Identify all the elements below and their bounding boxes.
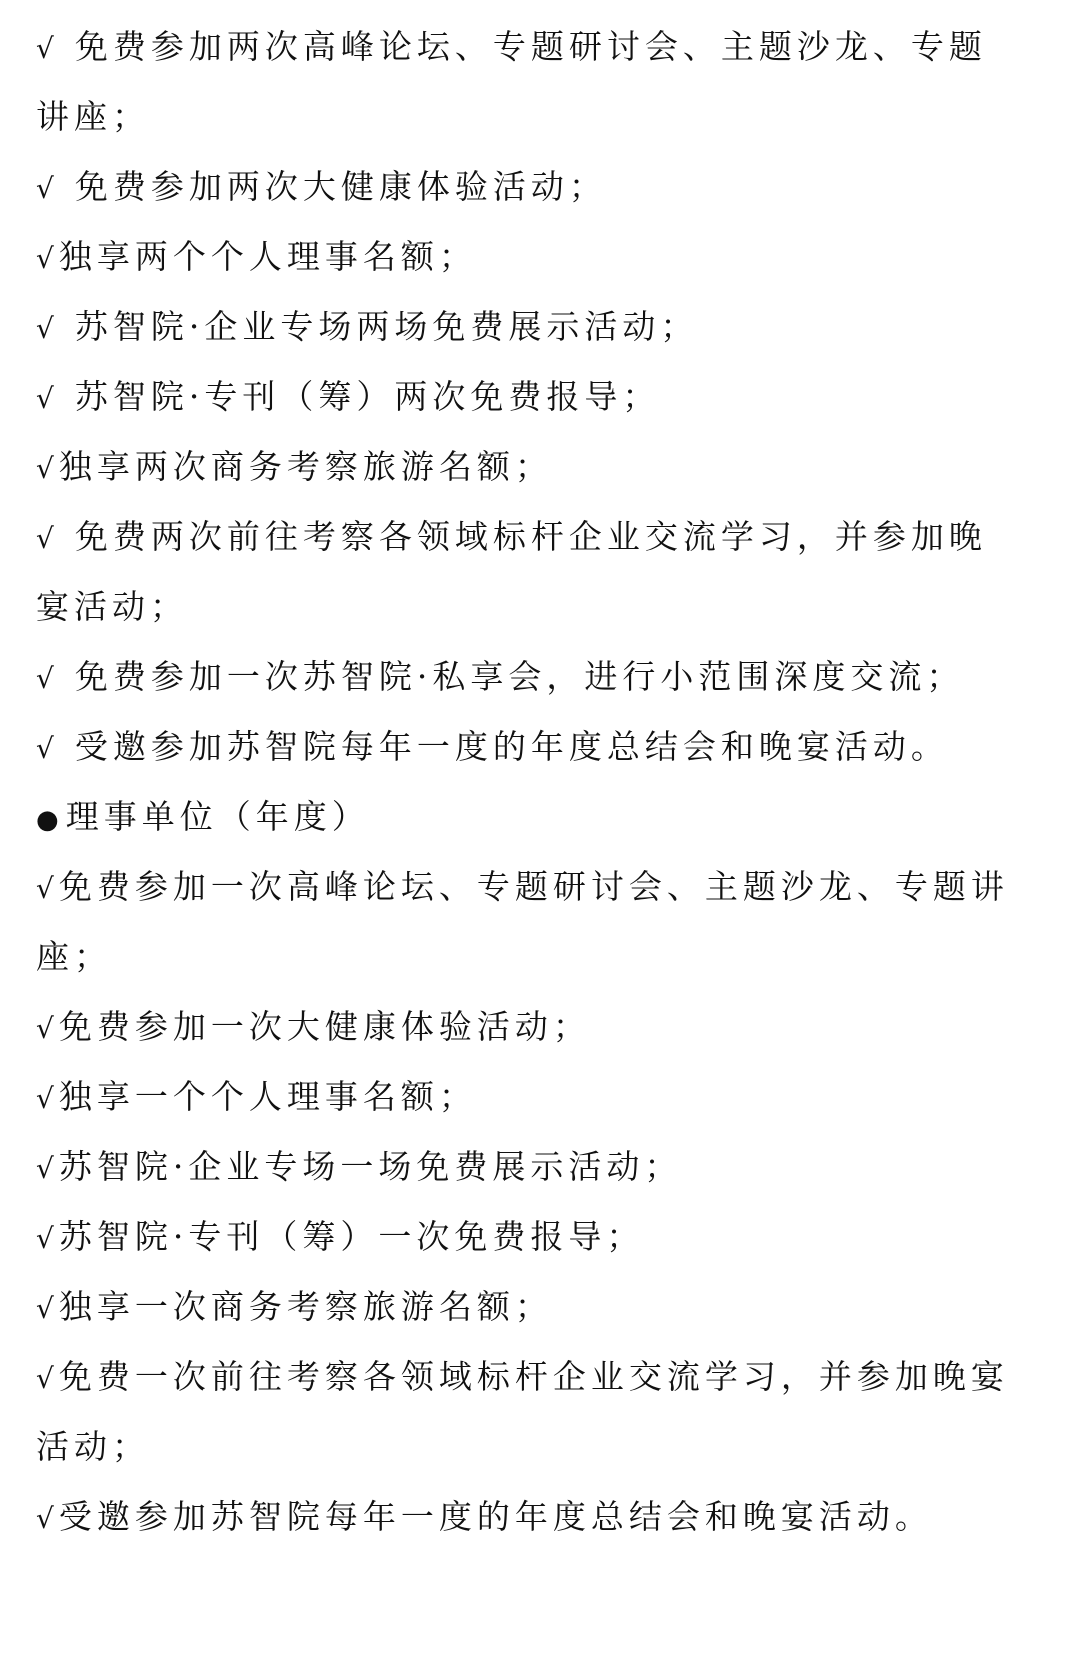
- check-mark-icon: √: [36, 379, 59, 419]
- check-mark-icon: √: [36, 1149, 59, 1189]
- check-mark-icon: √: [36, 29, 59, 69]
- list-item: √苏智院·专刊（筹）一次免费报导；: [36, 1217, 644, 1259]
- check-mark-icon: √: [36, 1009, 59, 1049]
- list-item: √苏智院·企业专场一场免费展示活动；: [36, 1147, 682, 1189]
- list-item-text: 苏智院·专刊（筹）两次免费报导；: [75, 377, 661, 416]
- list-item: √独享一次商务考察旅游名额；: [36, 1287, 553, 1329]
- list-item-text: 免费参加两次大健康体验活动；: [75, 167, 607, 206]
- check-mark-icon: √: [36, 519, 59, 559]
- list-item-text: 免费参加两次高峰论坛、专题研讨会、主题沙龙、专题: [75, 27, 987, 66]
- check-mark-icon: √: [36, 1219, 59, 1259]
- list-item: √免费参加一次高峰论坛、专题研讨会、主题沙龙、专题讲: [36, 867, 1009, 909]
- list-item: √受邀参加苏智院每年一度的年度总结会和晚宴活动。: [36, 727, 949, 769]
- section-heading: ●理事单位（年度）: [36, 797, 370, 840]
- check-mark-icon: √: [36, 169, 59, 209]
- check-mark-icon: √: [36, 1289, 59, 1329]
- list-item: √免费参加一次大健康体验活动；: [36, 1007, 591, 1049]
- list-item-text: 免费参加一次苏智院·私享会，进行小范围深度交流；: [75, 657, 965, 696]
- list-item: √免费一次前往考察各领域标杆企业交流学习，并参加晚宴: [36, 1357, 1009, 1399]
- list-item: √独享两个个人理事名额；: [36, 237, 477, 279]
- check-mark-icon: √: [36, 659, 59, 699]
- list-item-continuation: 讲座；: [36, 97, 150, 137]
- list-item: √独享一个个人理事名额；: [36, 1077, 477, 1119]
- document-page: √免费参加两次高峰论坛、专题研讨会、主题沙龙、专题 讲座； √免费参加两次大健康…: [0, 0, 1080, 1661]
- check-mark-icon: √: [36, 729, 59, 769]
- list-item-continuation: 座；: [36, 937, 112, 977]
- list-item: √独享两次商务考察旅游名额；: [36, 447, 553, 489]
- check-mark-icon: √: [36, 1499, 59, 1539]
- list-item: √受邀参加苏智院每年一度的年度总结会和晚宴活动。: [36, 1497, 933, 1539]
- check-mark-icon: √: [36, 869, 59, 909]
- list-item-text: 免费一次前往考察各领域标杆企业交流学习，并参加晚宴: [59, 1357, 1009, 1396]
- list-item: √免费参加两次高峰论坛、专题研讨会、主题沙龙、专题: [36, 27, 987, 69]
- list-item-text: 独享两次商务考察旅游名额；: [59, 447, 553, 486]
- list-item-continuation: 活动；: [36, 1427, 150, 1467]
- section-title: 理事单位（年度）: [66, 797, 370, 836]
- list-item: √免费参加一次苏智院·私享会，进行小范围深度交流；: [36, 657, 964, 699]
- check-mark-icon: √: [36, 309, 59, 349]
- list-item-text: 独享一个个人理事名额；: [59, 1077, 477, 1116]
- list-item-text: 苏智院·专刊（筹）一次免费报导；: [59, 1217, 645, 1256]
- list-item-text: 免费两次前往考察各领域标杆企业交流学习，并参加晚: [75, 517, 987, 556]
- list-item-text: 独享一次商务考察旅游名额；: [59, 1287, 553, 1326]
- list-item-text: 免费参加一次高峰论坛、专题研讨会、主题沙龙、专题讲: [59, 867, 1009, 906]
- check-mark-icon: √: [36, 1359, 59, 1399]
- list-item-text: 独享两个个人理事名额；: [59, 237, 477, 276]
- list-item-text: 受邀参加苏智院每年一度的年度总结会和晚宴活动。: [59, 1497, 933, 1536]
- list-item-text: 受邀参加苏智院每年一度的年度总结会和晚宴活动。: [75, 727, 949, 766]
- list-item: √免费两次前往考察各领域标杆企业交流学习，并参加晚: [36, 517, 987, 559]
- check-mark-icon: √: [36, 239, 59, 279]
- bullet-icon: ●: [36, 800, 64, 840]
- list-item-text: 苏智院·企业专场两场免费展示活动；: [75, 307, 699, 346]
- list-item: √苏智院·企业专场两场免费展示活动；: [36, 307, 698, 349]
- list-item: √免费参加两次大健康体验活动；: [36, 167, 607, 209]
- list-item-text: 免费参加一次大健康体验活动；: [59, 1007, 591, 1046]
- list-item-text: 苏智院·企业专场一场免费展示活动；: [59, 1147, 683, 1186]
- check-mark-icon: √: [36, 449, 59, 489]
- list-item-continuation: 宴活动；: [36, 587, 188, 627]
- list-item: √苏智院·专刊（筹）两次免费报导；: [36, 377, 660, 419]
- check-mark-icon: √: [36, 1079, 59, 1119]
